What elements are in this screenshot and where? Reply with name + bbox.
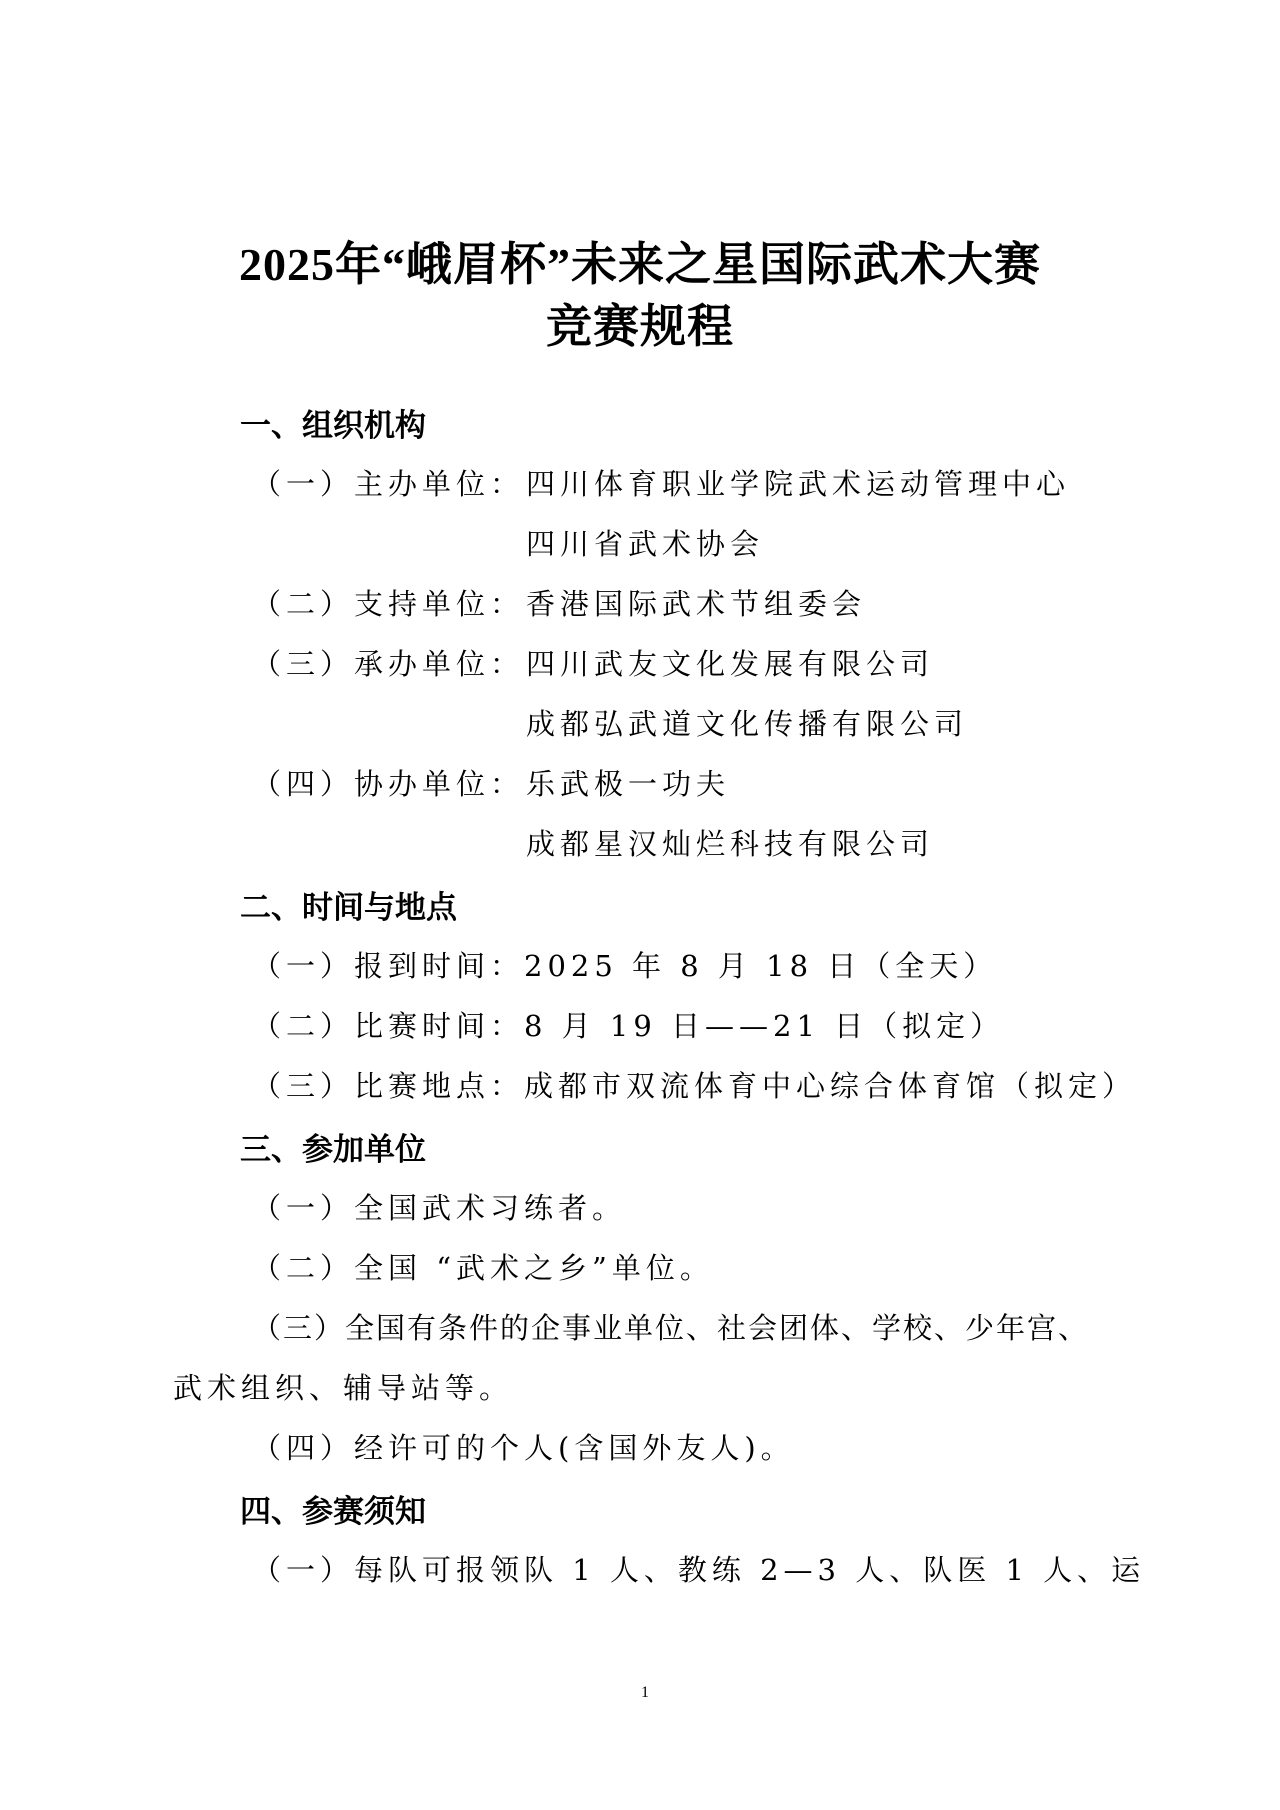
host-value-2: 成都弘武道文化传播有限公司	[526, 702, 968, 743]
supporter-row: （二）支持单位：香港国际武术节组委会	[252, 582, 866, 623]
competition-venue: （三）比赛地点：成都市双流体育中心综合体育馆（拟定）	[252, 1064, 1136, 1105]
page-number: 1	[0, 1684, 1280, 1702]
participant-item-2: （二）全国 “武术之乡”单位。	[252, 1246, 714, 1287]
coorganizer-label: （四）协办单位：	[252, 762, 526, 803]
organizer-row: （一）主办单位：四川体育职业学院武术运动管理中心	[252, 462, 1070, 503]
section-heading-organization: 一、组织机构	[240, 400, 426, 445]
host-label: （三）承办单位：	[252, 642, 526, 683]
notice-item-1: （一）每队可报领队 1 人、教练 2—3 人、队医 1 人、运	[252, 1548, 1145, 1589]
supporter-value: 香港国际武术节组委会	[526, 587, 866, 621]
section-heading-time-place: 二、时间与地点	[240, 882, 457, 927]
section-heading-participants: 三、参加单位	[240, 1124, 426, 1169]
coorganizer-value: 乐武极一功夫	[526, 767, 730, 801]
host-row: （三）承办单位：四川武友文化发展有限公司	[252, 642, 934, 683]
participant-item-4: （四）经许可的个人(含国外友人)。	[252, 1426, 795, 1467]
competition-time: （二）比赛时间：8 月 19 日——21 日（拟定）	[252, 1004, 1004, 1045]
participant-item-3: （三）全国有条件的企事业单位、社会团体、学校、少年宫、	[252, 1306, 1089, 1347]
organizer-value-2: 四川省武术协会	[526, 522, 764, 563]
organizer-label: （一）主办单位：	[252, 462, 526, 503]
coorganizer-row: （四）协办单位：乐武极一功夫	[252, 762, 730, 803]
organizer-value: 四川体育职业学院武术运动管理中心	[526, 467, 1070, 501]
document-title-line2: 竞赛规程	[0, 290, 1280, 356]
participant-item-1: （一）全国武术习练者。	[252, 1186, 626, 1227]
participant-item-3-continuation: 武术组织、辅导站等。	[173, 1366, 513, 1407]
document-title-line1: 2025年“峨眉杯”未来之星国际武术大赛	[0, 228, 1280, 294]
coorganizer-value-2: 成都星汉灿烂科技有限公司	[526, 822, 934, 863]
supporter-label: （二）支持单位：	[252, 582, 526, 623]
host-value: 四川武友文化发展有限公司	[526, 647, 934, 681]
section-heading-notice: 四、参赛须知	[240, 1486, 426, 1531]
checkin-time: （一）报到时间：2025 年 8 月 18 日（全天）	[252, 944, 997, 985]
